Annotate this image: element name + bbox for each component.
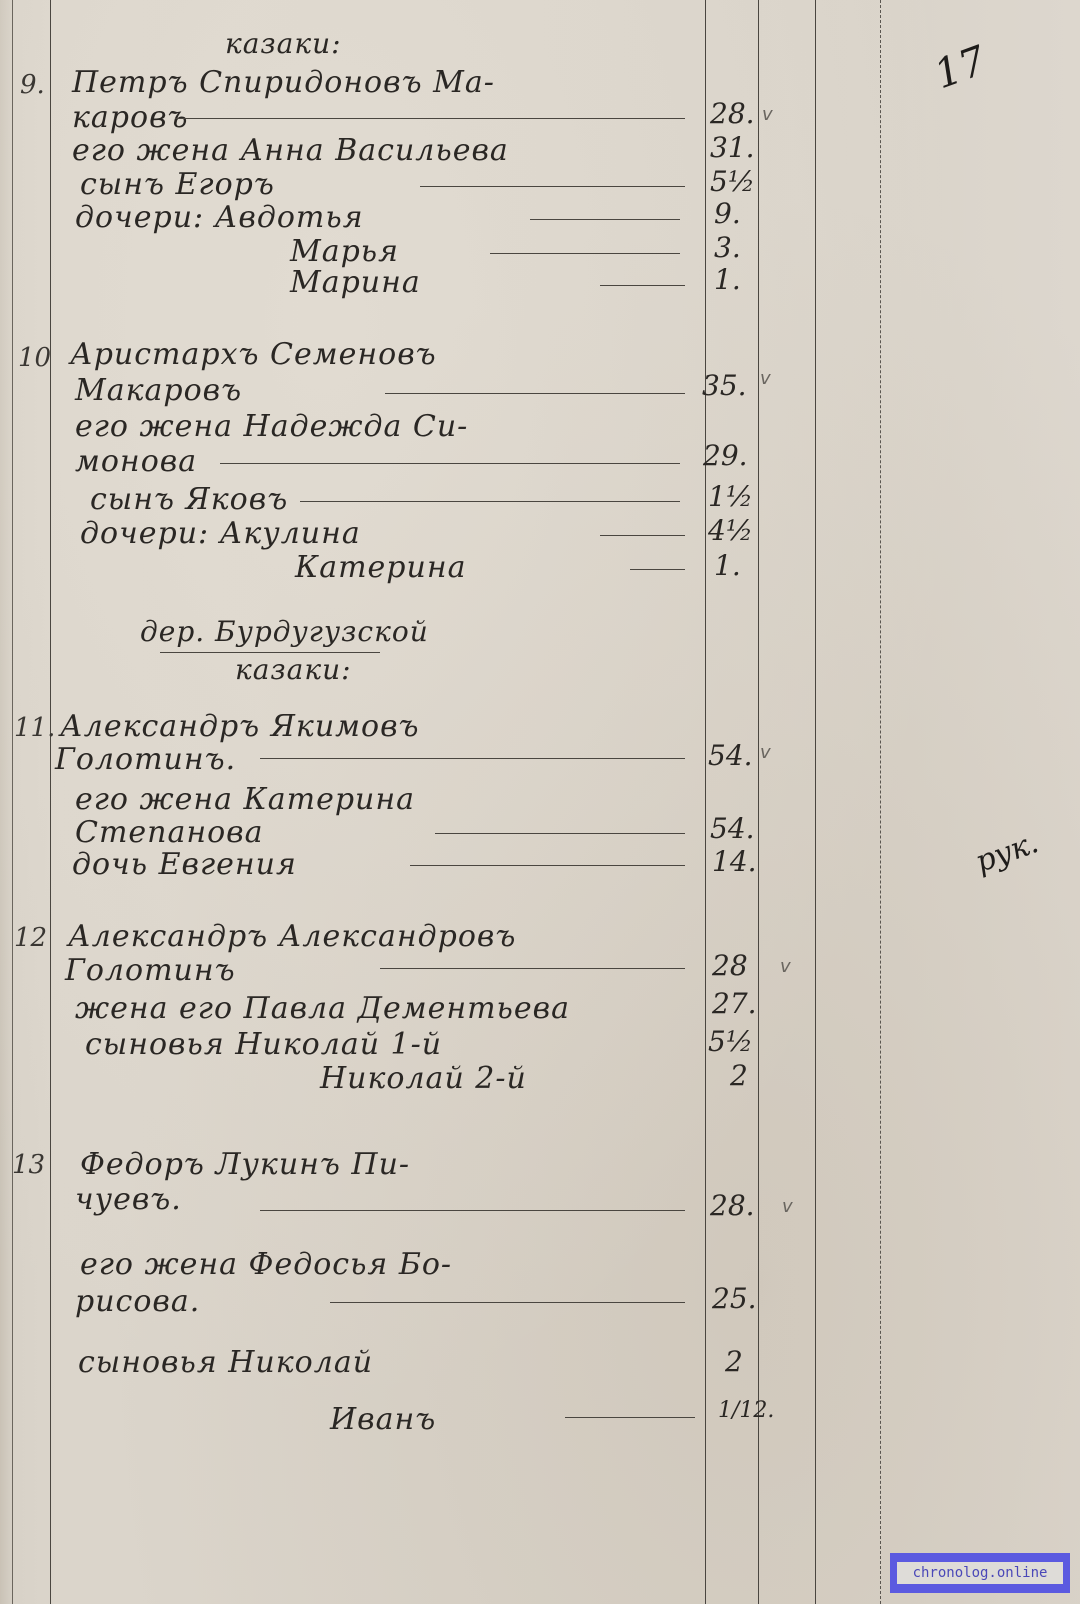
entry-line: сыновья Николай 1-й xyxy=(85,1030,442,1060)
entry-line: Макаровъ xyxy=(75,376,242,406)
leader-line xyxy=(435,833,685,834)
age-value: 35. xyxy=(702,372,747,400)
age-value: 1. xyxy=(714,266,741,294)
entry-line: Степанова xyxy=(75,818,264,848)
page-number: 17 xyxy=(929,38,993,99)
entry-line: Николай 2-й xyxy=(320,1064,527,1094)
age-value: 4½ xyxy=(708,517,753,545)
watermark-text: chronolog.online xyxy=(897,1562,1063,1584)
age-value: 27. xyxy=(712,990,757,1018)
age-column-right-line xyxy=(758,0,759,1604)
leader-line xyxy=(600,535,685,536)
margin-line xyxy=(50,0,51,1604)
entry-line: дочери: Акулина xyxy=(80,519,361,549)
leader-line xyxy=(410,865,685,866)
entry-line: дочь Евгения xyxy=(72,850,297,880)
entry-line: Александръ Александровъ xyxy=(68,922,516,952)
age-value: 1. xyxy=(714,552,741,580)
margin-note: рук. xyxy=(971,825,1043,880)
age-value: 5½ xyxy=(708,1028,753,1056)
section-subheading: казаки: xyxy=(235,656,352,684)
entry-line: сынъ Егоръ xyxy=(80,170,275,200)
leader-line xyxy=(490,253,680,254)
age-value: 2 xyxy=(730,1062,748,1090)
check-mark: v xyxy=(760,742,771,763)
entry-line: монова xyxy=(75,447,197,477)
entry-line: дочери: Авдотья xyxy=(75,203,364,233)
check-mark: v xyxy=(762,104,773,125)
age-value: 2 xyxy=(725,1348,743,1376)
leader-line xyxy=(300,501,680,502)
leader-line xyxy=(630,569,685,570)
leader-line xyxy=(260,758,685,759)
leader-line xyxy=(175,118,685,119)
age-value: 9. xyxy=(714,200,741,228)
entry-number: 10 xyxy=(18,345,51,371)
leader-line xyxy=(530,219,680,220)
leader-line xyxy=(260,1210,685,1211)
age-value: 28. xyxy=(710,100,755,128)
entry-line: его жена Федосья Бо- xyxy=(80,1250,452,1280)
leader-line xyxy=(220,463,680,464)
leader-line xyxy=(330,1302,685,1303)
entry-line: каровъ xyxy=(72,103,189,133)
check-mark: v xyxy=(760,368,771,389)
entry-line: Федоръ Лукинъ Пи- xyxy=(80,1150,410,1180)
entry-line: сыновья Николай xyxy=(78,1348,373,1378)
leader-line xyxy=(565,1417,695,1418)
entry-number: 11. xyxy=(14,715,55,741)
watermark: chronolog.online xyxy=(890,1553,1070,1593)
age-value: 5½ xyxy=(710,168,755,196)
entry-line: Марья xyxy=(290,237,399,267)
dashed-column-line xyxy=(880,0,881,1604)
leader-line xyxy=(385,393,685,394)
entry-line: жена его Павла Дементьева xyxy=(75,994,570,1024)
entry-number: 9. xyxy=(20,72,45,98)
column-line xyxy=(815,0,816,1604)
age-value: 54. xyxy=(708,742,753,770)
section-heading: казаки: xyxy=(225,30,342,58)
age-value: 31. xyxy=(710,134,755,162)
age-value: 54. xyxy=(710,815,755,843)
entry-line: его жена Надежда Си- xyxy=(75,412,468,442)
entry-line: сынъ Яковъ xyxy=(90,485,288,515)
age-column-left-line xyxy=(705,0,706,1604)
entry-line: Марина xyxy=(290,268,421,298)
age-value: 25. xyxy=(712,1285,757,1313)
entry-line: Иванъ xyxy=(330,1405,436,1435)
entry-line: Голотинъ xyxy=(65,956,236,986)
leader-line xyxy=(420,186,685,187)
entry-number: 13 xyxy=(12,1152,45,1178)
document-page: 17 рук. казаки: 9. Петръ Спиридоновъ Ма-… xyxy=(0,0,1080,1604)
entry-line: Александръ Якимовъ xyxy=(60,712,420,742)
age-value: 3. xyxy=(714,234,741,262)
entry-line: чуевъ. xyxy=(75,1185,182,1215)
check-mark: v xyxy=(780,956,791,977)
entry-line: его жена Анна Васильева xyxy=(72,136,509,166)
left-edge-line xyxy=(12,0,13,1604)
entry-line: Голотинъ. xyxy=(55,745,236,775)
age-value: 1½ xyxy=(708,483,753,511)
check-mark: v xyxy=(782,1196,793,1217)
age-value: 28 xyxy=(712,952,748,980)
age-value: 29. xyxy=(703,442,748,470)
leader-line xyxy=(600,285,685,286)
age-value: 28. xyxy=(710,1192,755,1220)
section-heading: дер. Бурдугузской xyxy=(140,618,429,646)
age-value: 14. xyxy=(712,848,757,876)
entry-line: Аристархъ Семеновъ xyxy=(70,340,437,370)
entry-line: Петръ Спиридоновъ Ма- xyxy=(72,68,495,98)
entry-line: рисова. xyxy=(75,1287,200,1317)
age-value: 1/12. xyxy=(718,1400,774,1422)
entry-number: 12 xyxy=(14,925,47,951)
entry-line: Катерина xyxy=(295,553,466,583)
entry-line: его жена Катерина xyxy=(75,785,415,815)
leader-line xyxy=(380,968,685,969)
